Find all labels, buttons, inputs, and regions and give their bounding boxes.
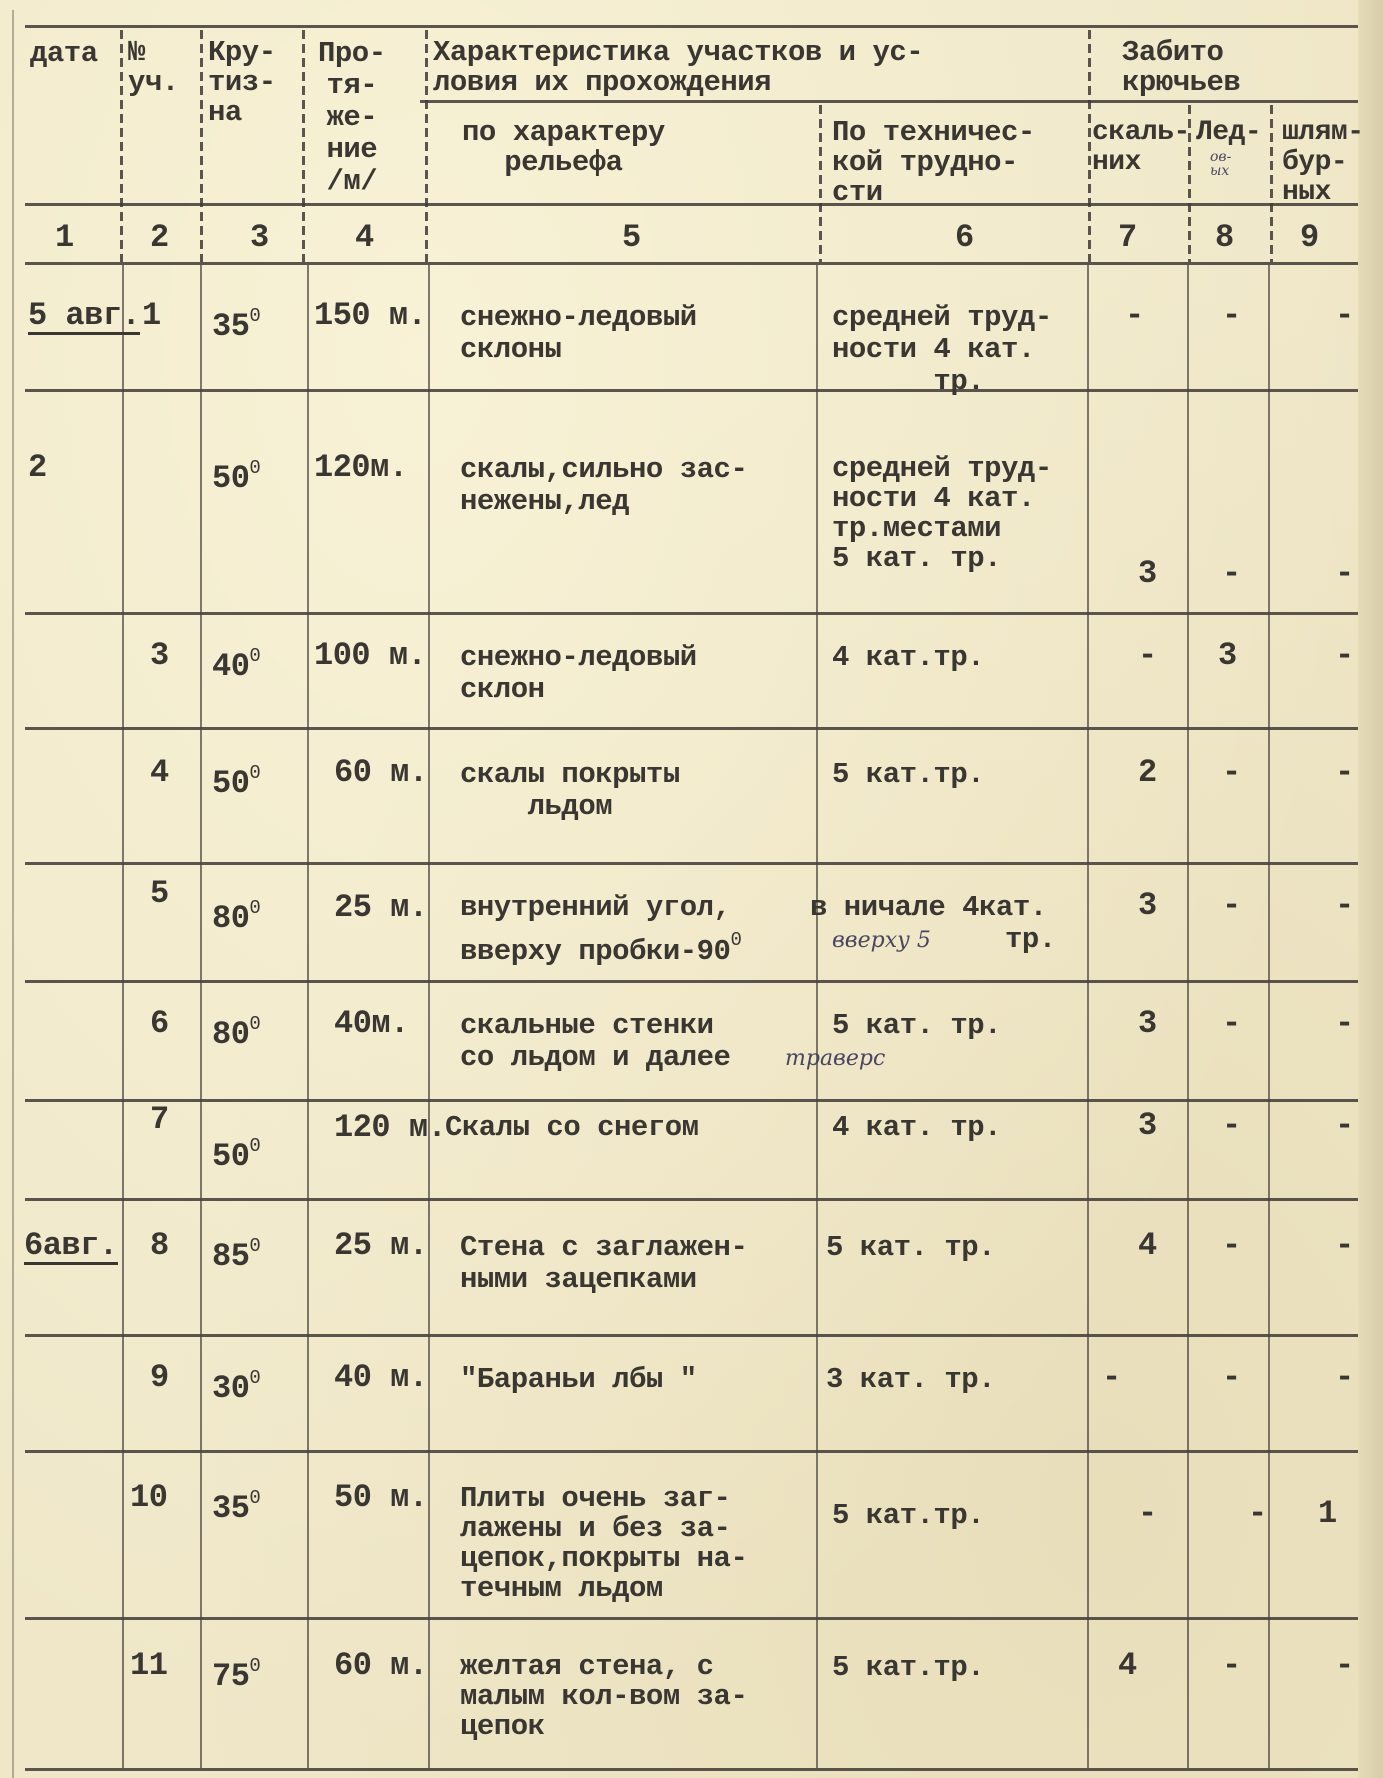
row-section-number: 6 [150, 1008, 169, 1040]
row-rock-pitons: 4 [1138, 1230, 1157, 1262]
row-relief: скальные стенки со льдом и далее [460, 1010, 730, 1074]
row-relief: скалы,сильно зас- нежены,лед [460, 454, 747, 518]
row-bolts: - [1335, 1362, 1354, 1394]
header-technical-difficulty: По техничес- кой трудно- сти [832, 118, 1035, 208]
page-margin-line [12, 10, 14, 1778]
column-number: 1 [55, 222, 74, 254]
row-section-number: 10 [130, 1482, 167, 1514]
row-section-number: 3 [150, 640, 169, 672]
row-rock-pitons: 2 [1138, 757, 1157, 789]
degree-symbol: 0 [249, 645, 260, 667]
row-rock-pitons: - [1125, 300, 1144, 332]
row-section-number: 4 [150, 757, 169, 789]
row-ice-pitons: - [1222, 1008, 1241, 1040]
row-rock-pitons: 4 [1118, 1650, 1137, 1682]
table-bottom-rule [25, 1768, 1358, 1771]
row-relief: "Бараньи лбы " [460, 1364, 697, 1396]
row-steepness: 850 [212, 1230, 260, 1273]
row-ice-pitons: - [1222, 1650, 1241, 1682]
row-technical: средней труд- ности 4 кат. тр.местами 5 … [832, 454, 1052, 574]
column-divider [1268, 265, 1270, 1768]
row-rule [25, 1450, 1358, 1453]
header-relief: по характеру рельефа [462, 118, 665, 178]
row-rule [25, 1099, 1358, 1102]
row-date: 2 [28, 452, 47, 484]
row-steepness: 500 [212, 1130, 260, 1173]
column-number: 5 [622, 222, 641, 254]
column-divider [428, 265, 430, 1768]
row-bolts: - [1335, 1650, 1354, 1682]
row-date: 6авг. [24, 1230, 118, 1265]
typed-document-page: дата № уч. Кру- тиз- на Про- тя- же- ние… [0, 0, 1383, 1778]
header-divider [302, 30, 305, 262]
column-number: 9 [1300, 222, 1319, 254]
column-divider [122, 265, 124, 1768]
column-divider [1087, 265, 1089, 1768]
row-relief: Плиты очень заг- лажены и без за- цепок,… [460, 1484, 747, 1604]
degree-symbol: 0 [730, 929, 741, 951]
row-length: 25 м. [334, 1230, 428, 1262]
row-ice-pitons: 3 [1218, 640, 1237, 672]
row-section-number: 5 [150, 878, 169, 910]
row-steepness: 500 [212, 452, 260, 495]
row-bolts: 1 [1318, 1498, 1337, 1530]
column-number: 8 [1215, 222, 1234, 254]
row-steepness: 800 [212, 1008, 260, 1051]
row-ice-pitons: - [1222, 1230, 1241, 1262]
row-relief: снежно-ледовый склоны [460, 302, 697, 366]
header-length: Про- тя- же- ние /м/ [318, 38, 386, 198]
row-rule [25, 612, 1358, 615]
header-ice-pitons-handwritten: ов- ых [1210, 150, 1231, 178]
row-length: 40м. [334, 1008, 409, 1040]
header-divider [425, 30, 428, 262]
column-number: 2 [150, 222, 169, 254]
degree-symbol: 0 [249, 1487, 260, 1509]
row-bolts: - [1335, 1230, 1354, 1262]
row-ice-pitons: - [1222, 558, 1241, 590]
row-steepness: 300 [212, 1362, 260, 1405]
row-technical: 5 кат.тр. [832, 1500, 984, 1532]
row-rock-pitons: 3 [1138, 558, 1157, 590]
row-rock-pitons: - [1138, 1498, 1157, 1530]
header-section-number: № уч. [128, 38, 179, 98]
header-ice-pitons: Лед- [1196, 118, 1261, 148]
row-relief: Скалы со снегом [445, 1112, 699, 1144]
row-technical: 4 кат.тр. [832, 642, 984, 674]
row-bolts: - [1335, 1008, 1354, 1040]
row-ice-pitons: - [1222, 890, 1241, 922]
header-steepness: Кру- тиз- на [208, 38, 276, 128]
row-rule [25, 389, 1358, 392]
column-divider [200, 265, 202, 1768]
header-divider [120, 30, 123, 262]
degree-symbol: 0 [249, 1235, 260, 1257]
column-number: 7 [1118, 222, 1137, 254]
header-rock-pitons: скаль- них [1092, 118, 1190, 178]
row-date: 5 авг. [28, 300, 140, 335]
row-section-number: 7 [150, 1104, 169, 1136]
row-rule [25, 727, 1358, 730]
row-bolts: - [1335, 890, 1354, 922]
row-technical: 3 кат. тр. [826, 1364, 995, 1396]
row-relief: скалы покрыты льдом [460, 759, 680, 823]
row-technical-handwritten: вверху 5 [832, 928, 931, 953]
row-relief-handwritten: траверс [785, 1046, 885, 1071]
page-edge [1358, 0, 1383, 1778]
row-steepness: 800 [212, 892, 260, 935]
header-divider [200, 30, 203, 262]
row-section-number: 1 [142, 300, 161, 332]
column-divider [816, 265, 818, 1768]
row-technical: 5 кат. тр. [826, 1232, 995, 1264]
row-length: 120 м. [334, 1112, 446, 1144]
row-technical: в ничале 4кат. [810, 892, 1047, 924]
row-technical: средней труд- ности 4 кат. тр. [832, 302, 1052, 398]
header-divider [1270, 105, 1273, 262]
row-length: 25 м. [334, 892, 428, 924]
row-steepness: 400 [212, 640, 260, 683]
column-divider [1187, 265, 1189, 1768]
degree-symbol: 0 [249, 1367, 260, 1389]
degree-symbol: 0 [249, 1135, 260, 1157]
column-number: 3 [250, 222, 269, 254]
row-section-number: 11 [130, 1650, 167, 1682]
header-divider [819, 105, 822, 262]
row-ice-pitons: - [1222, 1362, 1241, 1394]
header-characteristics-group: Характеристика участков и ус- ловия их п… [433, 38, 923, 98]
row-length: 60 м. [334, 1650, 428, 1682]
degree-symbol: 0 [249, 1655, 260, 1677]
row-length: 120м. [314, 452, 408, 484]
degree-symbol: 0 [249, 305, 260, 327]
row-ice-pitons: - [1222, 1110, 1241, 1142]
row-length: 50 м. [334, 1482, 428, 1514]
column-numbers-rule [25, 262, 1358, 265]
row-technical-tail: тр. [1005, 924, 1056, 956]
header-divider [1088, 30, 1091, 262]
header-bolts: шлям- бур- ных [1282, 118, 1364, 208]
row-rule [25, 862, 1358, 865]
row-rule [25, 1198, 1358, 1201]
column-number: 4 [355, 222, 374, 254]
degree-symbol: 0 [249, 762, 260, 784]
row-technical: 5 кат.тр. [832, 759, 984, 791]
group-header-rule [420, 100, 1358, 103]
row-rule [25, 1334, 1358, 1337]
row-technical: 4 кат. тр. [832, 1112, 1001, 1144]
row-ice-pitons: - [1248, 1498, 1267, 1530]
row-ice-pitons: - [1222, 300, 1241, 332]
column-number: 6 [955, 222, 974, 254]
row-relief: Стена с заглажен- ными зацепками [460, 1232, 747, 1296]
column-divider [307, 265, 309, 1768]
row-rock-pitons: 3 [1138, 890, 1157, 922]
header-pitons-group: Забито крючьев [1122, 38, 1240, 98]
row-rule [25, 1617, 1358, 1620]
row-bolts: - [1335, 640, 1354, 672]
row-rock-pitons: - [1138, 640, 1157, 672]
row-relief: желтая стена, с малым кол-вом за- цепок [460, 1652, 747, 1742]
row-rock-pitons: 3 [1138, 1008, 1157, 1040]
header-date: дата [30, 38, 98, 70]
degree-symbol: 0 [249, 457, 260, 479]
row-length: 100 м. [314, 640, 426, 672]
row-relief: снежно-ледовый склон [460, 642, 697, 706]
row-section-number: 9 [150, 1362, 169, 1394]
row-rule [25, 980, 1358, 983]
table-top-rule [25, 25, 1358, 28]
row-relief: внутренний угол, вверху пробки-900 [460, 892, 741, 968]
row-steepness: 750 [212, 1650, 260, 1693]
row-rock-pitons: 3 [1138, 1110, 1157, 1142]
degree-symbol: 0 [249, 897, 260, 919]
row-bolts: - [1335, 300, 1354, 332]
row-steepness: 350 [212, 1482, 260, 1525]
row-section-number: 8 [150, 1230, 169, 1262]
row-bolts: - [1335, 757, 1354, 789]
row-ice-pitons: - [1222, 757, 1241, 789]
row-length: 40 м. [334, 1362, 428, 1394]
header-bottom-rule [25, 203, 1358, 206]
row-technical: 5 кат.тр. [832, 1652, 984, 1684]
row-steepness: 350 [212, 300, 260, 343]
degree-symbol: 0 [249, 1013, 260, 1035]
row-length: 60 м. [334, 757, 428, 789]
row-rock-pitons: - [1102, 1362, 1121, 1394]
row-technical: 5 кат. тр. [832, 1010, 1001, 1042]
row-steepness: 500 [212, 757, 260, 800]
row-bolts: - [1335, 1110, 1354, 1142]
row-bolts: - [1335, 558, 1354, 590]
row-length: 150 м. [314, 300, 426, 332]
